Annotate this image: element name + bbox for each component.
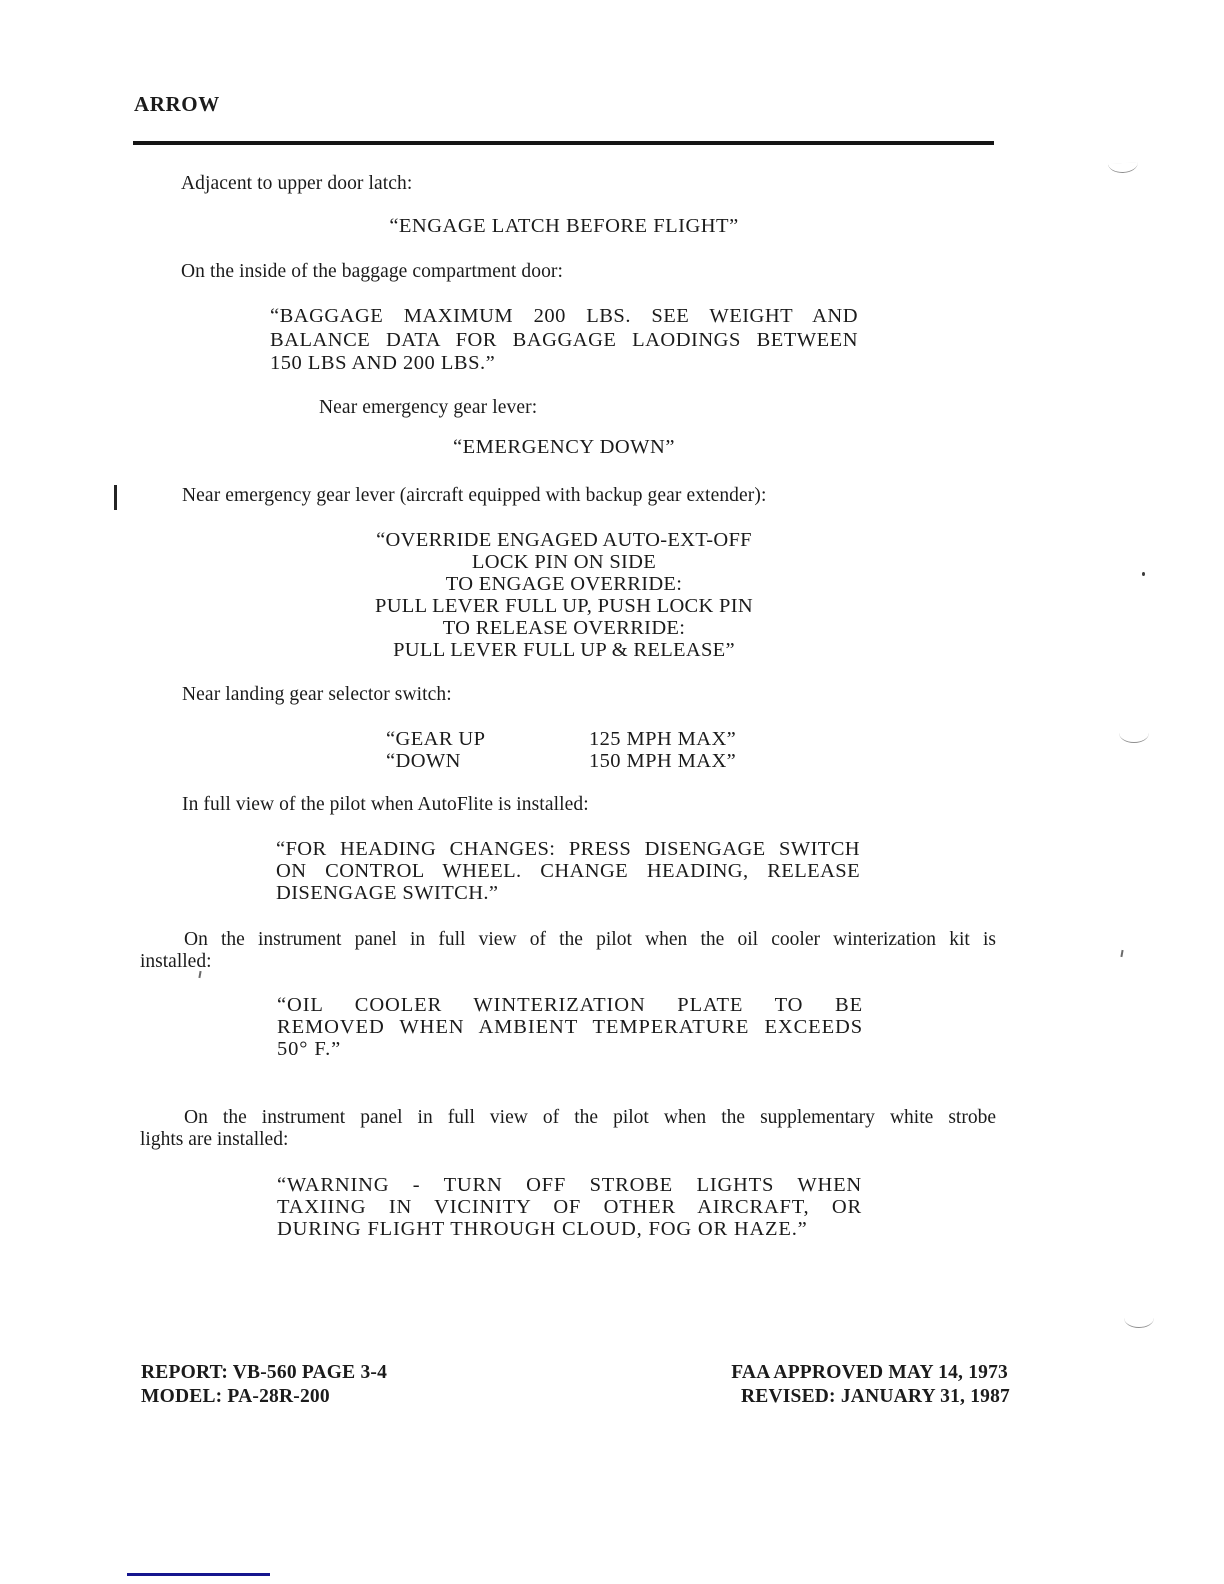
para-door-latch: Adjacent to upper door latch:	[181, 173, 412, 195]
placard-heading-line: DISENGAGE SWITCH.”	[276, 882, 860, 904]
gear-table-value: 150 MPH MAX”	[589, 750, 736, 774]
para-baggage-door: On the inside of the baggage compartment…	[181, 261, 563, 283]
revision-mark	[114, 485, 117, 510]
para-strobe-intro: On the instrument panel in full view of …	[140, 1107, 996, 1151]
footer-model: MODEL: PA-28R-200	[141, 1386, 330, 1408]
placard-heading-changes: “FOR HEADING CHANGES: PRESS DISENGAGE SW…	[276, 838, 860, 904]
placard-override-line: PULL LEVER FULL UP & RELEASE”	[133, 640, 995, 662]
header-rule	[133, 141, 994, 145]
footer-report: REPORT: VB-560 PAGE 3-4	[141, 1362, 387, 1384]
placard-override-line: TO ENGAGE OVERRIDE:	[133, 574, 995, 596]
placard-heading-line: “FOR HEADING CHANGES: PRESS DISENGAGE SW…	[276, 838, 860, 860]
scan-artifact-tick	[1120, 950, 1123, 957]
placard-oil-line: REMOVED WHEN AMBIENT TEMPERATURE EXCEEDS	[277, 1017, 863, 1039]
para-emergency-lever: Near emergency gear lever:	[319, 397, 537, 419]
scan-artifact-tick	[198, 971, 201, 978]
placard-oil-line: “OIL COOLER WINTERIZATION PLATE TO BE	[277, 995, 863, 1017]
scan-artifact-squiggle	[1124, 1318, 1154, 1328]
placard-baggage-line: “BAGGAGE MAXIMUM 200 LBS. SEE WEIGHT AND	[270, 305, 858, 329]
placard-override-line: “OVERRIDE ENGAGED AUTO-EXT-OFF	[133, 530, 995, 552]
placard-emergency-down-text: “EMERGENCY DOWN”	[453, 436, 675, 458]
placard-warning-line: TAXIING IN VICINITY OF OTHER AIRCRAFT, O…	[277, 1196, 862, 1218]
placard-baggage-line: BALANCE DATA FOR BAGGAGE LAODINGS BETWEE…	[270, 329, 858, 353]
placard-override-line: TO RELEASE OVERRIDE:	[133, 618, 995, 640]
para-oil-cooler-intro-line: On the instrument panel in full view of …	[140, 929, 996, 951]
scan-artifact-squiggle	[1108, 162, 1138, 173]
placard-override-line: LOCK PIN ON SIDE	[133, 552, 995, 574]
placard-override: “OVERRIDE ENGAGED AUTO-EXT-OFF LOCK PIN …	[133, 530, 995, 661]
placard-oil-line: 50° F.”	[277, 1039, 863, 1061]
para-autoflite: In full view of the pilot when AutoFlite…	[182, 794, 589, 816]
placard-override-line: PULL LEVER FULL UP, PUSH LOCK PIN	[133, 596, 995, 618]
gear-table-label: “DOWN	[386, 750, 461, 774]
placard-strobe-warning: “WARNING - TURN OFF STROBE LIGHTS WHEN T…	[277, 1174, 862, 1240]
placard-engage-latch: “ENGAGE LATCH BEFORE FLIGHT”	[133, 215, 995, 239]
placard-warning-line: DURING FLIGHT THROUGH CLOUD, FOG OR HAZE…	[277, 1218, 862, 1240]
scan-artifact-dot	[1142, 572, 1145, 576]
placard-oil-cooler: “OIL COOLER WINTERIZATION PLATE TO BE RE…	[277, 995, 863, 1060]
para-oil-cooler-intro-line: installed:	[140, 951, 996, 973]
scan-artifact-blue-line	[127, 1573, 270, 1576]
para-backup-extender: Near emergency gear lever (aircraft equi…	[182, 485, 767, 507]
placard-baggage: “BAGGAGE MAXIMUM 200 LBS. SEE WEIGHT AND…	[270, 305, 858, 376]
para-gear-selector: Near landing gear selector switch:	[182, 684, 452, 706]
placard-engage-latch-text: “ENGAGE LATCH BEFORE FLIGHT”	[389, 215, 738, 237]
gear-table-label: “GEAR UP	[386, 728, 485, 752]
gear-table-value: 125 MPH MAX”	[589, 728, 736, 752]
manual-page: ARROW Adjacent to upper door latch: “ENG…	[0, 0, 1224, 1584]
scan-artifact-squiggle	[1119, 733, 1149, 743]
placard-heading-line: ON CONTROL WHEEL. CHANGE HEADING, RELEAS…	[276, 860, 860, 882]
para-strobe-intro-line: On the instrument panel in full view of …	[140, 1107, 996, 1129]
placard-emergency-down: “EMERGENCY DOWN”	[133, 436, 995, 460]
footer-approved: FAA APPROVED MAY 14, 1973	[731, 1362, 1008, 1384]
para-strobe-intro-line: lights are installed:	[140, 1129, 996, 1151]
page-title: ARROW	[134, 92, 220, 116]
para-oil-cooler-intro: On the instrument panel in full view of …	[140, 929, 996, 973]
placard-baggage-line: 150 LBS AND 200 LBS.”	[270, 352, 858, 376]
footer-revised: REVISED: JANUARY 31, 1987	[741, 1386, 1010, 1408]
placard-warning-line: “WARNING - TURN OFF STROBE LIGHTS WHEN	[277, 1174, 862, 1196]
